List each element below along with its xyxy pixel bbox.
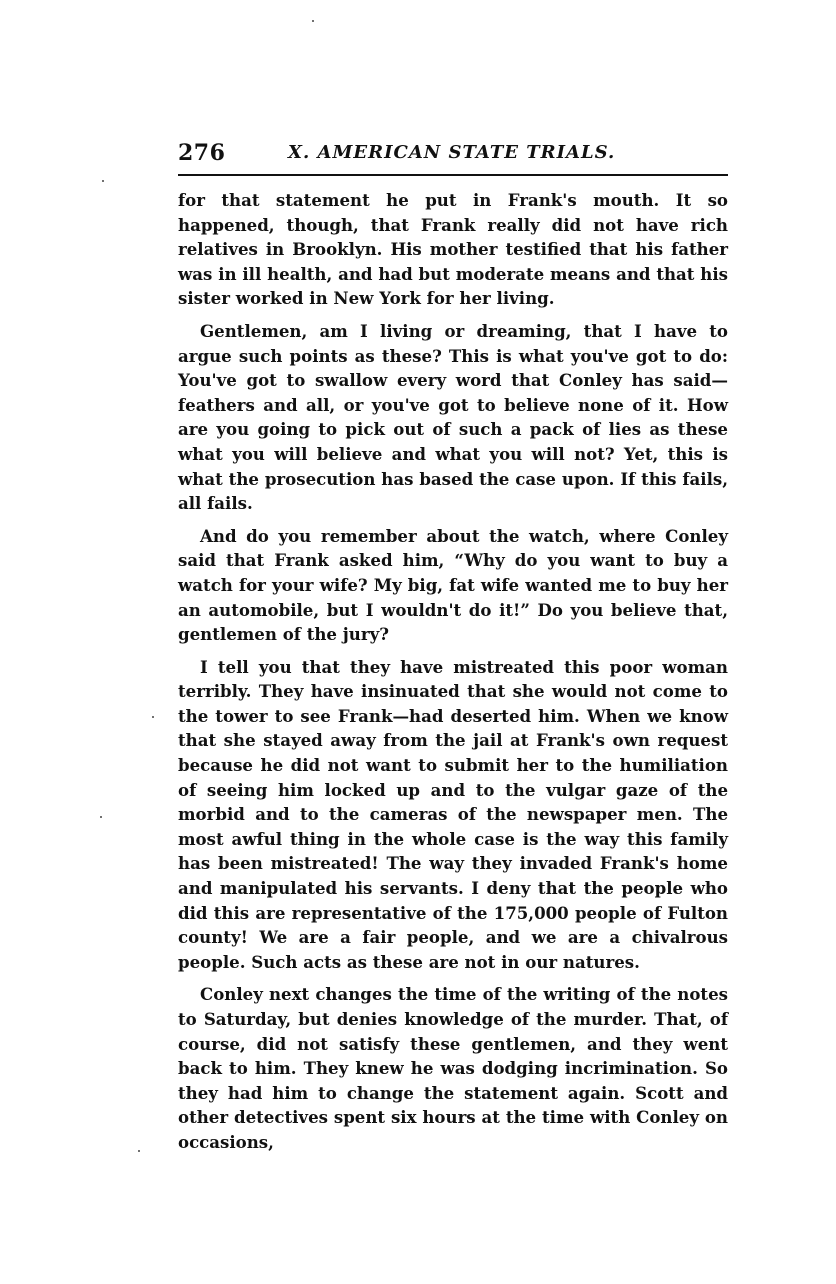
scan-speck	[138, 1150, 140, 1152]
header-rule	[178, 174, 728, 176]
scan-speck	[100, 816, 102, 818]
page-body: for that statement he put in Frank's mou…	[178, 188, 728, 1163]
paragraph: for that statement he put in Frank's mou…	[178, 188, 728, 311]
book-page: 276 X. AMERICAN STATE TRIALS. for that s…	[178, 138, 728, 170]
paragraph: Conley next changes the time of the writ…	[178, 982, 728, 1154]
scan-speck	[102, 180, 104, 182]
paragraph: I tell you that they have mistreated thi…	[178, 655, 728, 975]
page-header: 276 X. AMERICAN STATE TRIALS.	[178, 138, 728, 170]
paragraph: Gentlemen, am I living or dreaming, that…	[178, 319, 728, 516]
paragraph: And do you remember about the watch, whe…	[178, 524, 728, 647]
running-title: X. AMERICAN STATE TRIALS.	[288, 142, 615, 163]
scan-speck	[152, 716, 154, 718]
page-number: 276	[178, 140, 225, 166]
scan-speck	[312, 20, 314, 22]
